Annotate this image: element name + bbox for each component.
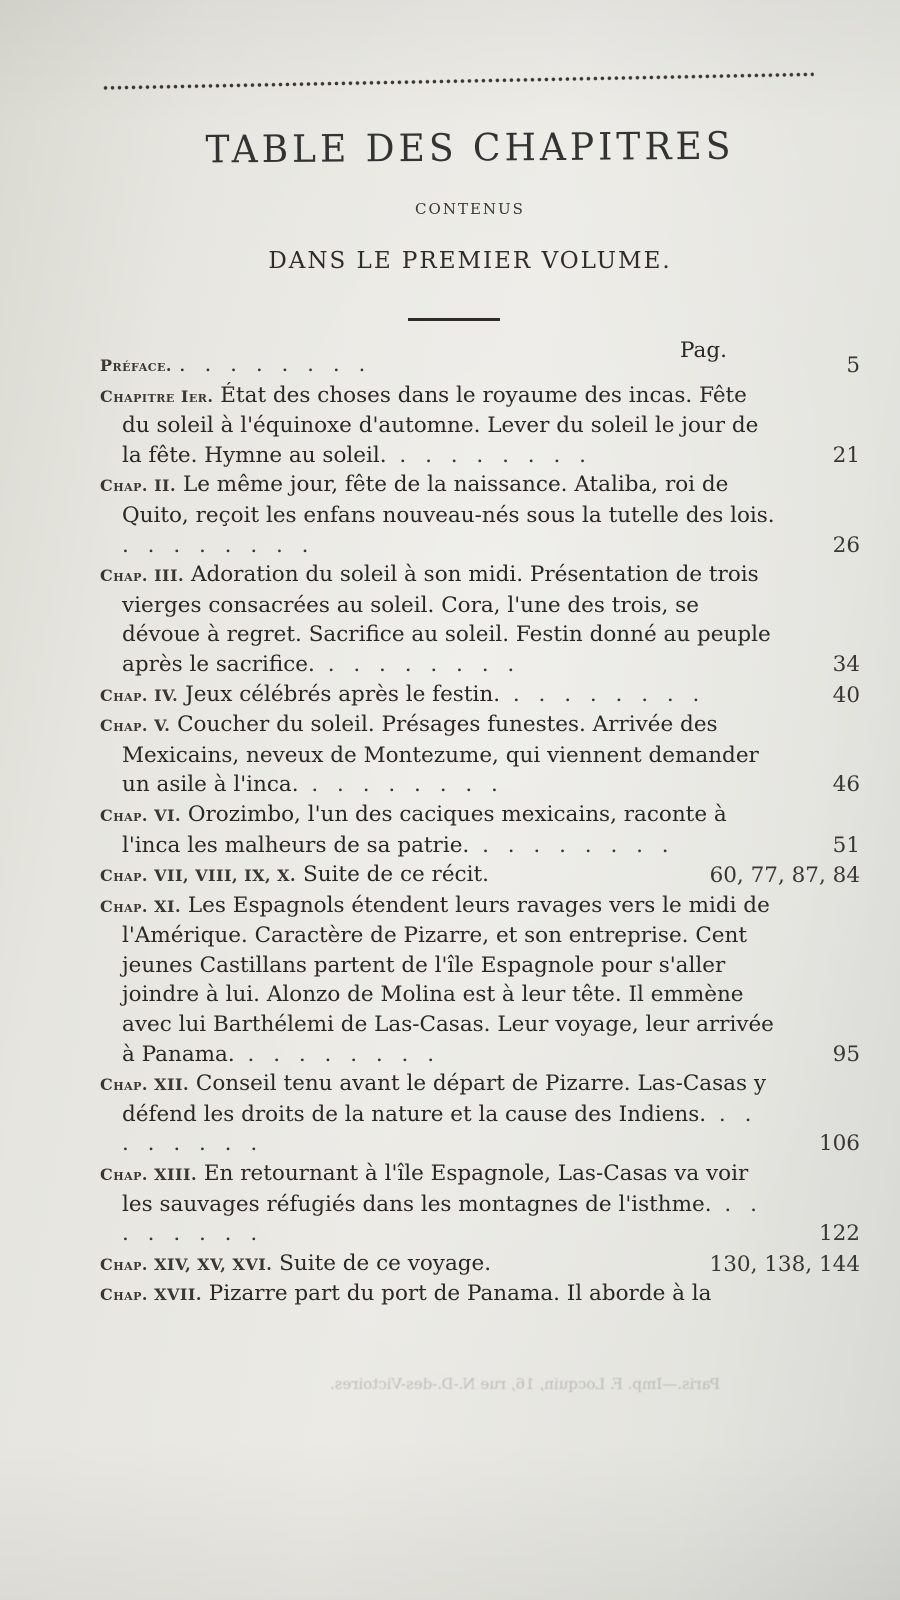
- chapter-label: Chap. V.: [100, 716, 170, 735]
- subtitle: CONTENUS: [100, 200, 840, 218]
- toc-entry: Préface. . . . . . . . .5: [100, 350, 860, 381]
- chapter-label: Chap. XI.: [100, 897, 181, 916]
- page-number: 122: [782, 1219, 860, 1249]
- chapter-label: Chap. XII.: [100, 1075, 189, 1094]
- leader-dots: . . . . . . . .: [299, 772, 504, 797]
- toc-entry: Chapitre Ier. État des choses dans le ro…: [100, 381, 860, 471]
- toc-entry: Chap. XI. Les Espagnols étendent leurs r…: [100, 891, 860, 1070]
- chapter-summary: Les Espagnols étendent leurs ravages ver…: [122, 893, 774, 1067]
- toc-entry: Chap. XII. Conseil tenu avant le départ …: [100, 1069, 860, 1159]
- toc-entry: Chap. III. Adoration du soleil à son mid…: [100, 560, 860, 679]
- toc-entry: Chap. XVII. Pizarre part du port de Pana…: [100, 1279, 860, 1310]
- page-number: 60, 77, 87, 84: [600, 861, 860, 891]
- leader-dots: . . . . . . . .: [469, 833, 674, 858]
- leader-dots: . . . . . . . .: [179, 352, 372, 377]
- toc-entry: Chap. XIII. En retournant à l'île Espagn…: [100, 1159, 860, 1249]
- page-number: 34: [782, 650, 860, 680]
- leader-dots: . . . . . . . .: [387, 443, 592, 468]
- subtitle-volume: DANS LE PREMIER VOLUME.: [100, 248, 840, 274]
- toc-entry: Chap. XIV, XV, XVI. Suite de ce voyage.1…: [100, 1249, 860, 1280]
- table-of-contents: Pag. Préface. . . . . . . . .5Chapitre I…: [100, 350, 860, 1310]
- toc-entry: Chap. IV. Jeux célébrés après le festin.…: [100, 680, 860, 711]
- page-number: 5: [782, 351, 860, 381]
- chapter-label: Chap. III.: [100, 566, 184, 585]
- chapter-label: Chap. IV.: [100, 686, 178, 705]
- page-number: 26: [782, 531, 860, 561]
- chapter-summary: Pizarre part du port de Panama. Il abord…: [209, 1281, 712, 1306]
- divider-rule: [408, 318, 500, 321]
- chapter-summary: Le même jour, fête de la naissance. Atal…: [122, 472, 775, 528]
- page-number: 130, 138, 144: [600, 1250, 860, 1280]
- page-number: 95: [782, 1040, 860, 1070]
- chapter-label: Chap. VII, VIII, IX, X.: [100, 866, 296, 885]
- chapter-summary: En retournant à l'île Espagnole, Las-Cas…: [122, 1161, 748, 1217]
- chapter-label: Chap. XVII.: [100, 1285, 202, 1304]
- page-number: 21: [782, 441, 860, 471]
- dotted-ornament-rule: [102, 68, 814, 94]
- leader-dots: . . . . . . . .: [500, 682, 705, 707]
- toc-list: Préface. . . . . . . . .5Chapitre Ier. É…: [100, 350, 860, 1310]
- chapter-label: Préface.: [100, 356, 172, 375]
- chapter-summary: Suite de ce récit.: [303, 862, 489, 887]
- page-title: TABLE DES CHAPITRES: [100, 124, 840, 172]
- page-number: 40: [782, 681, 860, 711]
- chapter-label: Chap. XIII.: [100, 1165, 197, 1184]
- chapter-label: Chap. XIV, XV, XVI.: [100, 1255, 272, 1274]
- chapter-label: Chap. II.: [100, 476, 176, 495]
- page-number: 51: [782, 831, 860, 861]
- chapter-label: Chapitre Ier.: [100, 387, 213, 406]
- leader-dots: . . . . . . . .: [122, 533, 315, 558]
- toc-entry: Chap. VI. Orozimbo, l'un des caciques me…: [100, 800, 860, 860]
- page-number: 46: [782, 770, 860, 800]
- toc-entry: Chap. II. Le même jour, fête de la naiss…: [100, 470, 860, 560]
- toc-entry: Chap. VII, VIII, IX, X. Suite de ce réci…: [100, 860, 860, 891]
- leader-dots: . . . . . . . .: [235, 1042, 440, 1067]
- bleed-through-text: Paris.—Imp. F. Locquin, 16, rue N.-D.-de…: [250, 1375, 720, 1393]
- page-number: 106: [782, 1129, 860, 1159]
- chapter-summary: Suite de ce voyage.: [279, 1251, 491, 1276]
- toc-entry: Chap. V. Coucher du soleil. Présages fun…: [100, 710, 860, 800]
- chapter-label: Chap. VI.: [100, 806, 181, 825]
- chapter-summary: Conseil tenu avant le départ de Pizarre.…: [122, 1071, 766, 1127]
- leader-dots: . . . . . . . .: [315, 652, 520, 677]
- chapter-summary: Jeux célébrés après le festin.: [185, 682, 500, 707]
